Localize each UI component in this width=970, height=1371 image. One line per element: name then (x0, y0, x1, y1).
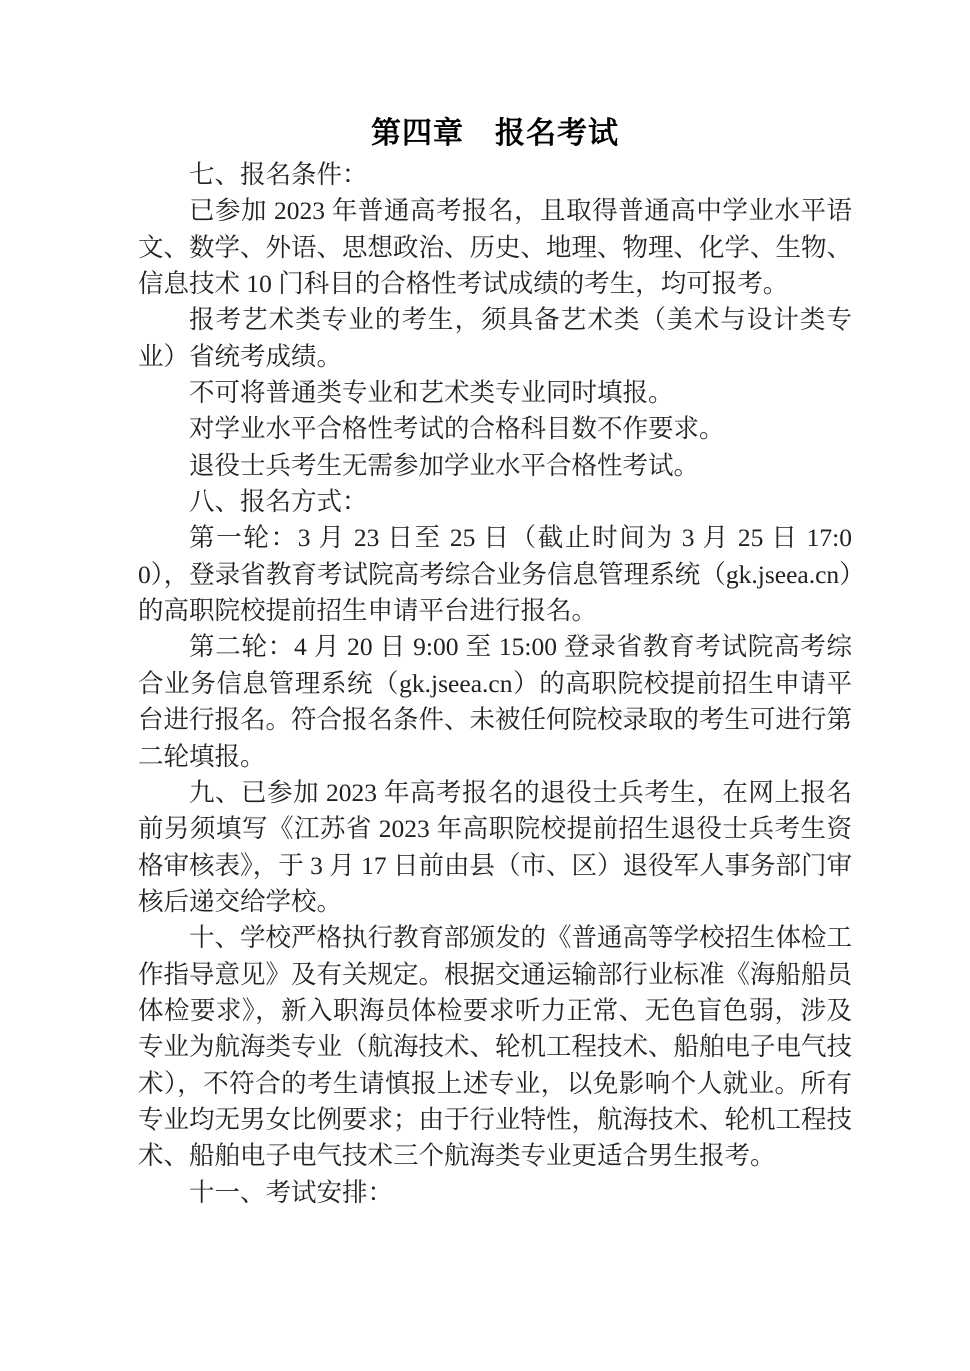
document-page: 第四章 报名考试 七、报名条件： 已参加 2023 年普通高考报名，且取得普通高… (0, 0, 970, 1371)
para-second-round: 第二轮：4 月 20 日 9:00 至 15:00 登录省教育考试院高考综合业务… (138, 629, 852, 774)
para-veteran-form-review: 九、已参加 2023 年高考报名的退役士兵考生，在网上报名前另须填写《江苏省 2… (138, 775, 852, 920)
para-veteran-exemption: 退役士兵考生无需参加学业水平合格性考试。 (138, 448, 852, 484)
section-heading-registration-conditions: 七、报名条件： (138, 157, 852, 193)
para-art-majors-requirement: 报考艺术类专业的考生，须具备艺术类（美术与设计类专业）省统考成绩。 (138, 302, 852, 375)
para-physical-exam-standards: 十、学校严格执行教育部颁发的《普通高等学校招生体检工作指导意见》及有关规定。根据… (138, 920, 852, 1174)
section-heading-registration-method: 八、报名方式： (138, 484, 852, 520)
para-eligibility: 已参加 2023 年普通高考报名，且取得普通高中学业水平语文、数学、外语、思想政… (138, 193, 852, 302)
para-qualified-subject-count: 对学业水平合格性考试的合格科目数不作要求。 (138, 411, 852, 447)
para-first-round: 第一轮：3 月 23 日至 25 日（截止时间为 3 月 25 日 17:00）… (138, 520, 852, 629)
para-no-mixed-filing: 不可将普通类专业和艺术类专业同时填报。 (138, 375, 852, 411)
body-text: 七、报名条件： 已参加 2023 年普通高考报名，且取得普通高中学业水平语文、数… (138, 157, 852, 1211)
page-content: 第四章 报名考试 七、报名条件： 已参加 2023 年普通高考报名，且取得普通高… (138, 113, 852, 1211)
chapter-title: 第四章 报名考试 (138, 113, 852, 154)
section-heading-exam-schedule: 十一、考试安排： (138, 1175, 852, 1211)
